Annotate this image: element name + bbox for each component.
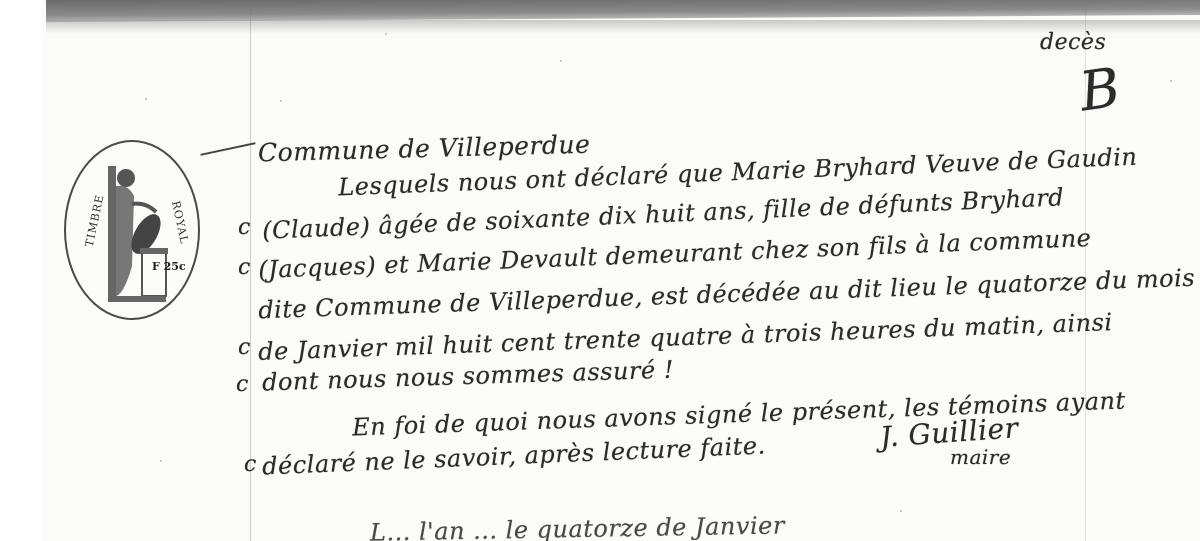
speck	[1170, 80, 1172, 82]
speck	[560, 60, 562, 62]
text-line: déclaré ne le savoir, après lecture fait…	[262, 431, 767, 480]
page-top-shadow-gradient	[46, 20, 1200, 34]
margin-mark: c	[244, 452, 257, 477]
scan-margin	[0, 0, 42, 541]
speck	[145, 98, 147, 100]
next-entry-partial: L... l'an ... le quatorze de Janvier	[370, 511, 785, 541]
margin-mark: c	[236, 372, 249, 397]
margin-dash-mark	[200, 142, 255, 156]
page-top-shadow-band	[46, 0, 1200, 22]
allegorical-figure-icon	[102, 156, 168, 306]
margin-mark: c	[238, 335, 251, 360]
stamp-value: F 25c	[152, 260, 186, 273]
corner-note: decès	[1040, 30, 1106, 55]
speck	[900, 510, 902, 512]
corner-initial: B	[1076, 56, 1125, 124]
stamp-text-right: ROYAL	[169, 200, 191, 246]
margin-mark: c	[238, 255, 251, 280]
line-commune-heading: Commune de Villeperdue	[258, 130, 591, 168]
speck	[385, 33, 387, 35]
signature-title: maire	[950, 445, 1011, 469]
document-scan: decès B TIMBRE ROYAL F 25c Commune de Vi…	[0, 0, 1200, 541]
speck	[160, 460, 162, 462]
timbre-royal-stamp: TIMBRE ROYAL F 25c	[64, 140, 200, 320]
margin-mark: c	[238, 215, 251, 240]
speck	[280, 100, 282, 102]
